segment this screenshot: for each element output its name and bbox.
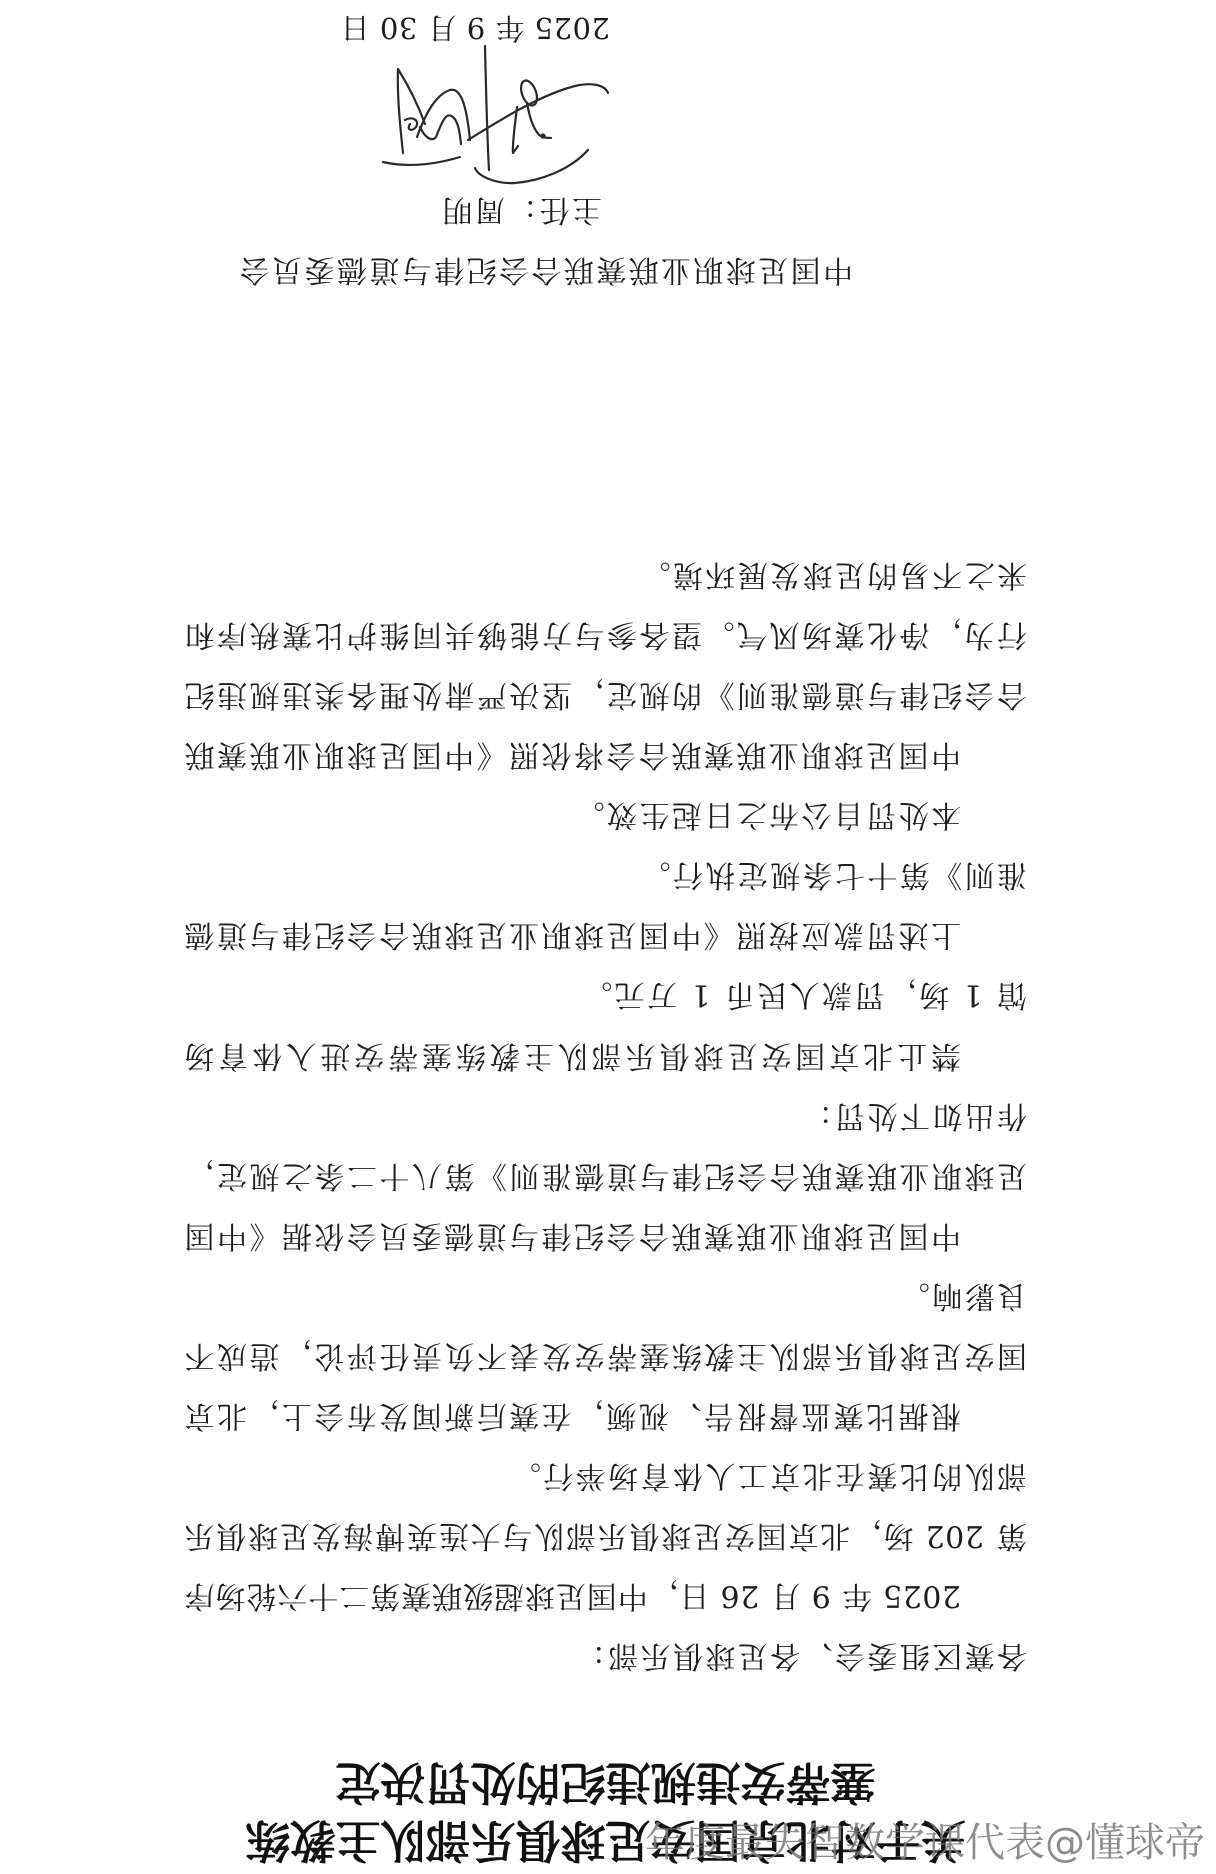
paragraph-line: 上述罚款应按照《中国足球职业足球联合会纪律与道德 bbox=[184, 904, 1027, 964]
paragraph-legal-basis: 中国足球职业联赛联合会纪律与道德委员会依据《中国 足球职业联赛联合会纪律与道德准… bbox=[184, 1085, 1027, 1265]
watermark: 年度最失智数学课代表@懂球帝 bbox=[645, 1820, 1205, 1866]
paragraph-line: 本处罚自公布之日起生效。 bbox=[184, 784, 1027, 844]
paragraph-line: 2025 年 9 月 26 日，中国足球超级联赛第二十六轮场序 bbox=[184, 1565, 1027, 1625]
document-body: 各赛区组委会、各足球俱乐部： 2025 年 9 月 26 日，中国足球超级联赛第… bbox=[184, 544, 1027, 1685]
paragraph-line: 行为，净化赛场风气。望各参与方能够共同维护比赛秩序和 bbox=[184, 604, 1027, 664]
paragraph-line: 准则》第十七条规定执行。 bbox=[184, 844, 1027, 904]
handwritten-signature-icon bbox=[370, 40, 620, 190]
paragraph-line: 根据比赛监督报告、视频，在赛后新闻发布会上，北京 bbox=[184, 1385, 1027, 1445]
paragraph-closing: 中国足球职业联赛联合会将依照《中国足球职业联赛联 合会纪律与道德准则》的规定，坚… bbox=[184, 544, 1027, 784]
paragraph-line: 馆 1 场，罚款人民币 1 万元。 bbox=[184, 964, 1027, 1024]
paragraph-effective: 本处罚自公布之日起生效。 bbox=[184, 784, 1027, 844]
paragraph-line: 禁止北京国安足球俱乐部队主教练塞蒂安进入体育场 bbox=[184, 1024, 1027, 1084]
paragraph-incident: 根据比赛监督报告、视频，在赛后新闻发布会上，北京 国安足球俱乐部队主教练塞蒂安发… bbox=[184, 1265, 1027, 1445]
paragraph-line: 部队的比赛在北京工人体育场举行。 bbox=[184, 1445, 1027, 1505]
paragraph-line: 中国足球职业联赛联合会纪律与道德委员会依据《中国 bbox=[184, 1205, 1027, 1265]
director-label: 主任： bbox=[505, 192, 602, 227]
paragraph-line: 国安足球俱乐部队主教练塞蒂安发表不负责任评论，造成不 bbox=[184, 1325, 1027, 1385]
issuing-organization: 中国足球职业联赛联合会纪律与道德委员会 bbox=[237, 239, 853, 299]
paragraph-line: 良影响。 bbox=[184, 1265, 1027, 1325]
paragraph-line: 合会纪律与道德准则》的规定，坚决严肃处理各类违规违纪 bbox=[184, 664, 1027, 724]
salutation: 各赛区组委会、各足球俱乐部： bbox=[184, 1625, 1027, 1685]
paragraph-line: 足球职业联赛联合会纪律与道德准则》第八十二条之规定， bbox=[184, 1145, 1027, 1205]
paragraph-penalty: 禁止北京国安足球俱乐部队主教练塞蒂安进入体育场 馆 1 场，罚款人民币 1 万元… bbox=[184, 964, 1027, 1084]
paragraph-line: 来之不易的足球发展环境。 bbox=[184, 544, 1027, 604]
paragraph-fine-execution: 上述罚款应按照《中国足球职业足球联合会纪律与道德 准则》第十七条规定执行。 bbox=[184, 844, 1027, 964]
paragraph-line: 中国足球职业联赛联合会将依照《中国足球职业联赛联 bbox=[184, 724, 1027, 784]
document-screenshot: 关于对北京国安足球俱乐部队主教练 塞蒂安违规违纪的处罚决定 各赛区组委会、各足球… bbox=[0, 0, 1216, 1874]
title-line-2: 塞蒂安违规违纪的处罚决定 bbox=[184, 1753, 1027, 1811]
paragraph-match-info: 2025 年 9 月 26 日，中国足球超级联赛第二十六轮场序 第 202 场，… bbox=[184, 1445, 1027, 1625]
issue-date: 2025 年 9 月 30 日 bbox=[340, 0, 610, 58]
scanned-document-page-rotated: 关于对北京国安足球俱乐部队主教练 塞蒂安违规违纪的处罚决定 各赛区组委会、各足球… bbox=[0, 0, 1216, 1874]
director-name: 周明 bbox=[440, 192, 505, 227]
paragraph-line: 第 202 场，北京国安足球俱乐部队与大连英博海发足球俱乐 bbox=[184, 1505, 1027, 1565]
paragraph-line: 作出如下处罚： bbox=[184, 1085, 1027, 1145]
